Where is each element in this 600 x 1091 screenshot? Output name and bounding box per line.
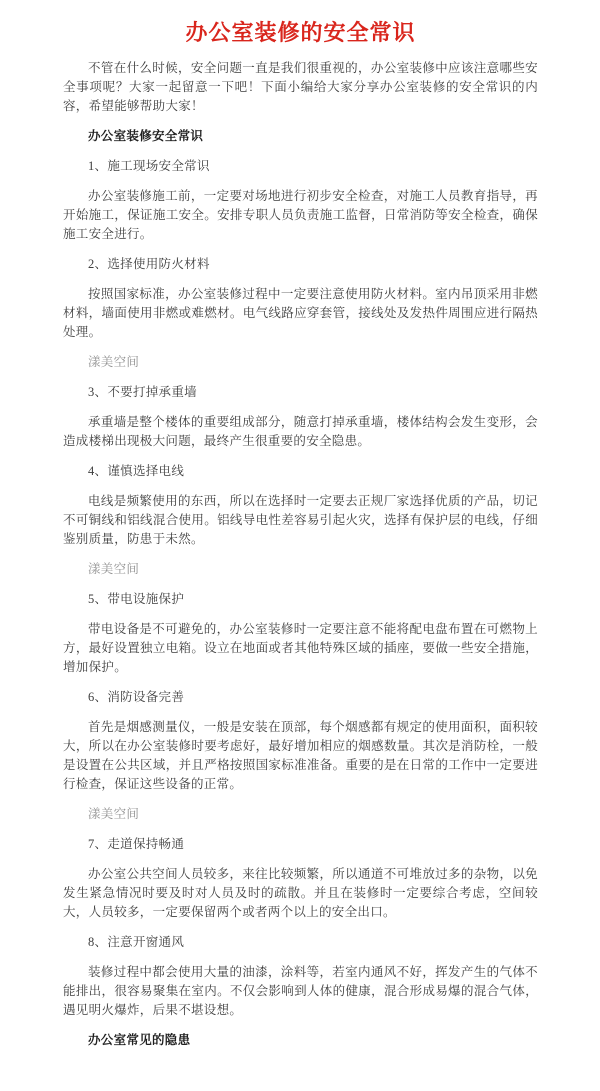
body-paragraph: 办公室公共空间人员较多，来往比较频繁，所以通道不可堆放过多的杂物，以免发生紧急情… [63, 865, 538, 922]
body-paragraph: 首先是烟感测量仪，一般是安装在顶部，每个烟感都有规定的使用面积，面积较大，所以在… [63, 718, 538, 794]
watermark-text: 漾美空间 [63, 560, 538, 579]
article-title: 办公室装修的安全常识 [63, 18, 538, 48]
body-paragraph: 办公室装修施工前，一定要对场地进行初步安全检查，对施工人员教育指导，再开始施工，… [63, 187, 538, 244]
section-heading-main: 办公室装修安全常识 [63, 127, 538, 146]
section-heading-hazards: 办公室常见的隐患 [63, 1031, 538, 1050]
body-paragraph: 按照国家标准，办公室装修过程中一定要注意使用防火材料。室内吊顶采用非燃材料，墙面… [63, 285, 538, 342]
numbered-section-heading: 6、消防设备完善 [63, 688, 538, 707]
numbered-section-heading: 8、注意开窗通风 [63, 933, 538, 952]
article-body: 1、施工现场安全常识办公室装修施工前，一定要对场地进行初步安全检查，对施工人员教… [63, 157, 538, 1020]
numbered-section-heading: 4、谨慎选择电线 [63, 462, 538, 481]
intro-paragraph: 不管在什么时候，安全问题一直是我们很重视的，办公室装修中应该注意哪些安全事项呢？… [63, 59, 538, 116]
numbered-section-heading: 1、施工现场安全常识 [63, 157, 538, 176]
body-paragraph: 电线是频繁使用的东西，所以在选择时一定要去正规厂家选择优质的产品，切记不可铜线和… [63, 492, 538, 549]
numbered-section-heading: 3、不要打掉承重墙 [63, 383, 538, 402]
body-paragraph: 装修过程中都会使用大量的油漆，涂料等，若室内通风不好，挥发产生的气体不能排出，很… [63, 963, 538, 1020]
body-paragraph: 带电设备是不可避免的，办公室装修时一定要注意不能将配电盘布置在可燃物上方，最好设… [63, 620, 538, 677]
article-page: 办公室装修的安全常识 不管在什么时候，安全问题一直是我们很重视的，办公室装修中应… [0, 0, 600, 1091]
numbered-section-heading: 5、带电设施保护 [63, 590, 538, 609]
watermark-text: 漾美空间 [63, 353, 538, 372]
body-paragraph: 承重墙是整个楼体的重要组成部分，随意打掉承重墙，楼体结构会发生变形，会造成楼梯出… [63, 413, 538, 451]
numbered-section-heading: 7、走道保持畅通 [63, 835, 538, 854]
numbered-section-heading: 2、选择使用防火材料 [63, 255, 538, 274]
watermark-text: 漾美空间 [63, 805, 538, 824]
